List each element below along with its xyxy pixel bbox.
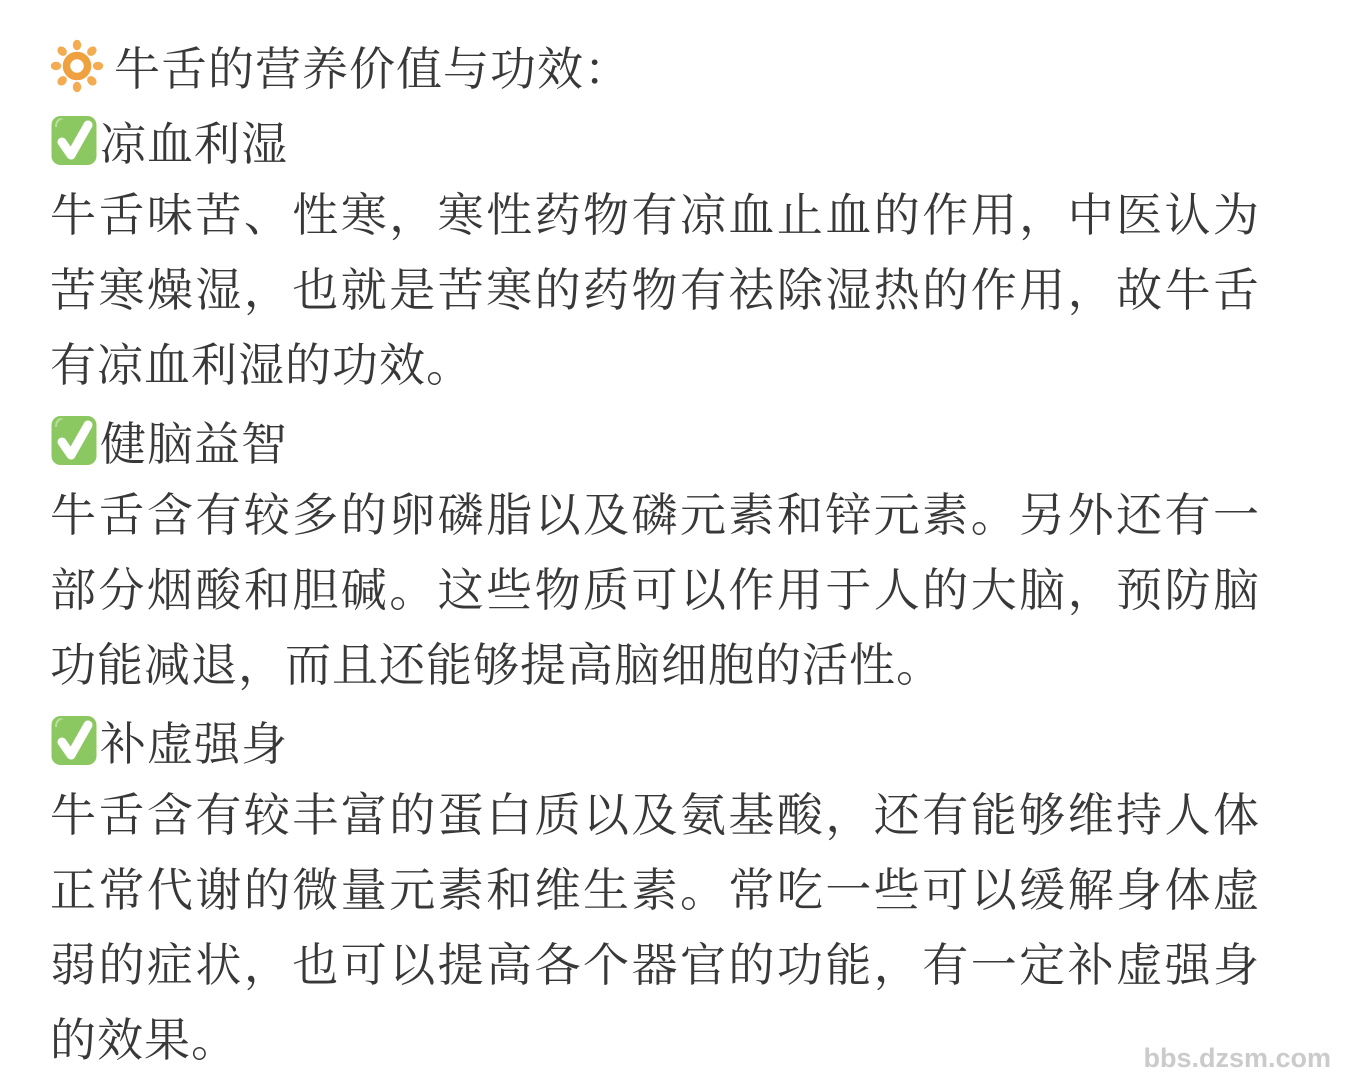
section-heading: 健脑益智 [100,408,288,474]
article-title-line: 牛舌的营养价值与功效： [50,28,1260,103]
section-body: 牛舌含有较多的卵磷脂以及磷元素和锌元素。另外还有一部分烟酸和胆碱。这些物质可以作… [50,478,1260,703]
section-tonify-body: 补虚强身 牛舌含有较丰富的蛋白质以及氨基酸，还有能够维持人体正常代谢的微量元素和… [50,703,1260,1078]
section-brain-boost: 健脑益智 牛舌含有较多的卵磷脂以及磷元素和锌元素。另外还有一部分烟酸和胆碱。这些… [50,403,1260,703]
check-mark-icon [50,414,98,467]
section-body: 牛舌含有较丰富的蛋白质以及氨基酸，还有能够维持人体正常代谢的微量元素和维生素。常… [50,778,1260,1078]
section-heading: 补虚强身 [100,708,288,774]
section-heading-line: 健脑益智 [50,403,1260,478]
section-heading-line: 凉血利湿 [50,103,1260,178]
section-body: 牛舌味苦、性寒，寒性药物有凉血止血的作用，中医认为苦寒燥湿，也就是苦寒的药物有祛… [50,178,1260,403]
check-mark-icon [50,714,98,767]
section-heading-line: 补虚强身 [50,703,1260,778]
article-page: 牛舌的营养价值与功效： 凉血利湿 牛舌味苦、性寒，寒性药物有凉血止血的作用，中医… [0,0,1345,1078]
watermark: bbs.dzsm.com [1143,1043,1331,1074]
section-heading: 凉血利湿 [100,108,288,174]
page-title: 牛舌的营养价值与功效： [114,33,631,99]
sun-icon [50,39,104,93]
section-cooling-blood: 凉血利湿 牛舌味苦、性寒，寒性药物有凉血止血的作用，中医认为苦寒燥湿，也就是苦寒… [50,103,1260,403]
check-mark-icon [50,114,98,167]
